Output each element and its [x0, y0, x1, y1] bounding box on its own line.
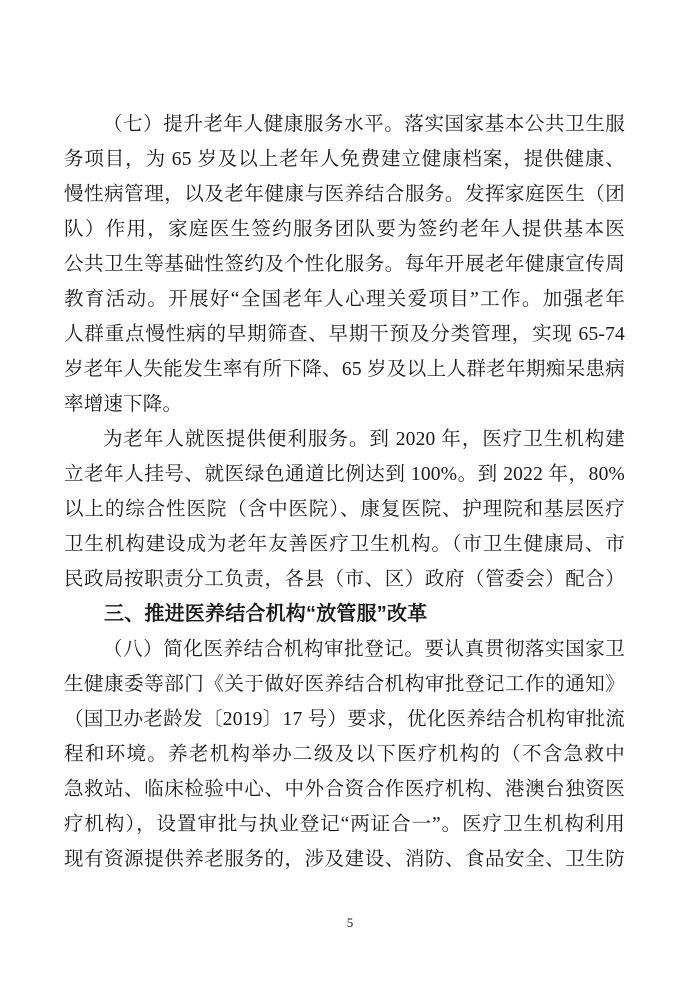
text-line: 队）作用，家庭医生签约服务团队要为签约老年人提供基本医疗、 — [64, 212, 625, 247]
text-line: 民政局按职责分工负责，各县（市、区）政府（管委会）配合） — [64, 562, 625, 597]
text-line: 为老年人就医提供便利服务。到 2020 年，医疗卫生机构建 — [64, 422, 625, 457]
document-page: （七）提升老年人健康服务水平。落实国家基本公共卫生服务项目，为 65 岁及以上老… — [0, 0, 700, 990]
text-line: 三、推进医养结合机构“放管服”改革 — [64, 597, 625, 632]
text-line: 生健康委等部门《关于做好医养结合机构审批登记工作的通知》 — [64, 667, 625, 702]
text-line: 卫生机构建设成为老年友善医疗卫生机构。（市卫生健康局、市 — [64, 527, 625, 562]
text-line: 率增速下降。 — [64, 387, 625, 422]
text-line: 急救站、临床检验中心、中外合资合作医疗机构、港澳台独资医 — [64, 772, 625, 807]
text-line: 程和环境。养老机构举办二级及以下医疗机构的（不含急救中心、 — [64, 737, 625, 772]
text-line: 疗机构），设置审批与执业登记“两证合一”。医疗卫生机构利用 — [64, 807, 625, 842]
text-line: 立老年人挂号、就医绿色通道比例达到 100%。到 2022 年，80% — [64, 457, 625, 492]
document-body: （七）提升老年人健康服务水平。落实国家基本公共卫生服务项目，为 65 岁及以上老… — [64, 107, 625, 877]
text-line: 公共卫生等基础性签约及个性化服务。每年开展老年健康宣传周 — [64, 247, 625, 282]
text-line: （八）简化医养结合机构审批登记。要认真贯彻落实国家卫 — [64, 632, 625, 667]
text-line: 人群重点慢性病的早期筛查、早期干预及分类管理，实现 65-74 — [64, 317, 625, 352]
text-line: 务项目，为 65 岁及以上老年人免费建立健康档案，提供健康、 — [64, 142, 625, 177]
text-line: 以上的综合性医院（含中医院）、康复医院、护理院和基层医疗 — [64, 492, 625, 527]
text-line: 岁老年人失能发生率有所下降、65 岁及以上人群老年期痴呆患病 — [64, 352, 625, 387]
text-line: （国卫办老龄发〔2019〕17 号）要求，优化医养结合机构审批流 — [64, 702, 625, 737]
paragraph: 为老年人就医提供便利服务。到 2020 年，医疗卫生机构建立老年人挂号、就医绿色… — [64, 422, 625, 597]
text-line: 慢性病管理，以及老年健康与医养结合服务。发挥家庭医生（团 — [64, 177, 625, 212]
paragraph: （七）提升老年人健康服务水平。落实国家基本公共卫生服务项目，为 65 岁及以上老… — [64, 107, 625, 422]
text-line: 现有资源提供养老服务的，涉及建设、消防、食品安全、卫生防 — [64, 842, 625, 877]
text-line: （七）提升老年人健康服务水平。落实国家基本公共卫生服 — [64, 107, 625, 142]
text-line: 教育活动。开展好“全国老年人心理关爱项目”工作。加强老年 — [64, 282, 625, 317]
page-number: 5 — [0, 913, 700, 933]
section-heading: 三、推进医养结合机构“放管服”改革 — [64, 597, 625, 632]
paragraph: （八）简化医养结合机构审批登记。要认真贯彻落实国家卫生健康委等部门《关于做好医养… — [64, 632, 625, 877]
